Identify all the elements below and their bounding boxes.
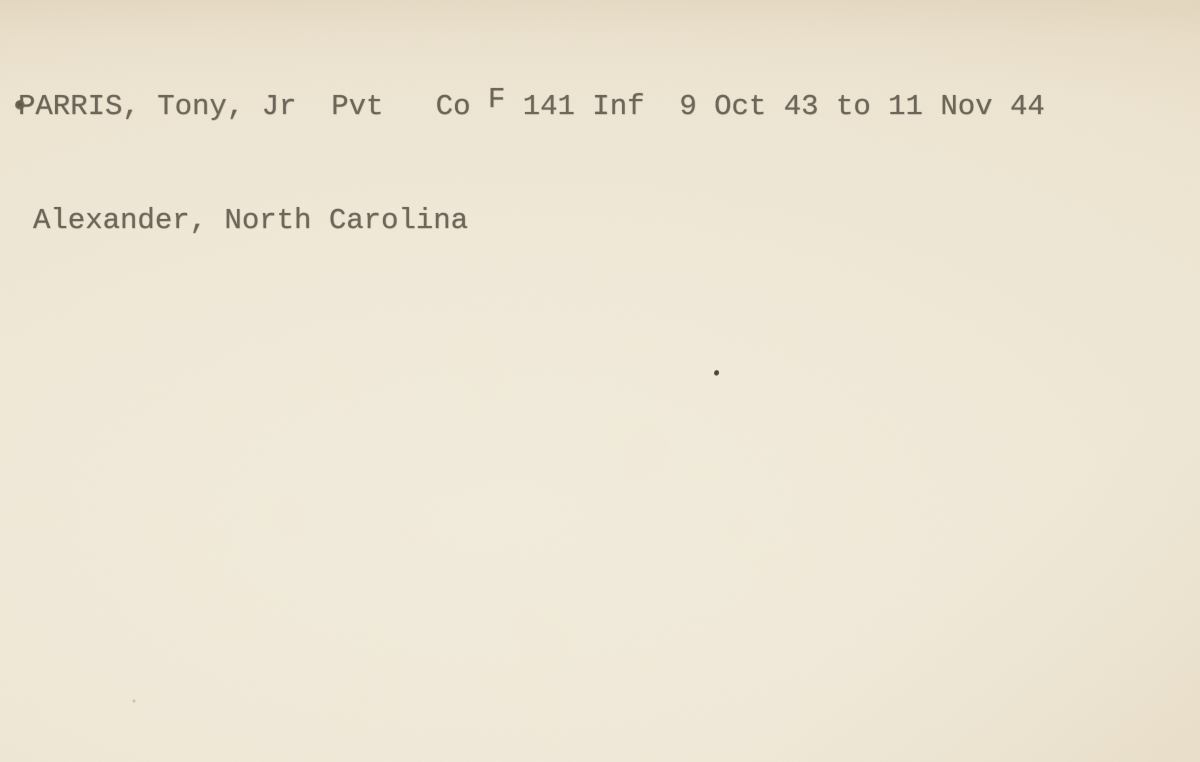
paper-speck-artifact [713, 369, 719, 376]
ink-dot-artifact [15, 100, 25, 110]
service-record-line: PARRIS, Tony, Jr Pvt Co F 141 Inf 9 Oct … [18, 88, 1045, 126]
service-record-regiment-dates: 141 Inf 9 Oct 43 to 11 Nov 44 [505, 90, 1045, 123]
company-letter-superscript: F [488, 81, 505, 119]
service-record-name-rank-unit: PARRIS, Tony, Jr Pvt Co [18, 90, 488, 123]
index-card: PARRIS, Tony, Jr Pvt Co F 141 Inf 9 Oct … [0, 0, 1200, 762]
typed-text-block: PARRIS, Tony, Jr Pvt Co F 141 Inf 9 Oct … [18, 12, 1045, 316]
residence-text: Alexander, North Carolina [33, 204, 468, 237]
residence-line: Alexander, North Carolina [33, 202, 1060, 240]
faint-speck-artifact [132, 699, 136, 703]
